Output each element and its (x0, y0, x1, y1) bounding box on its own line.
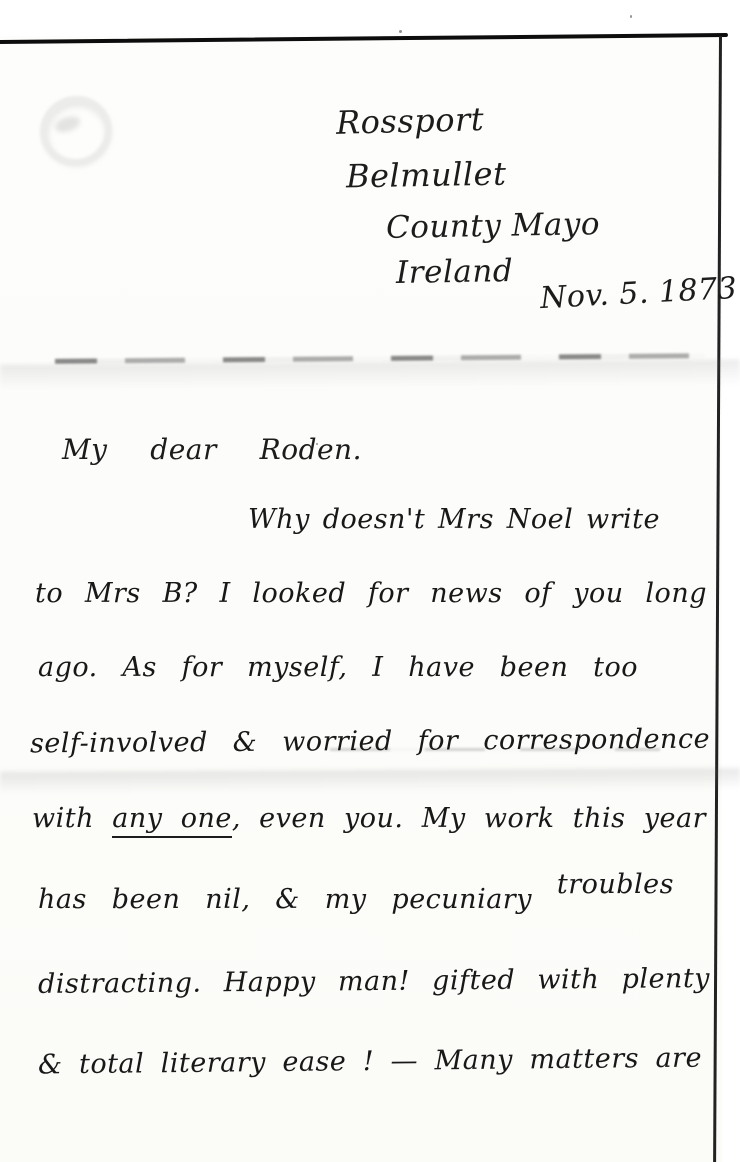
body-line-2: to Mrs B? I looked for news of you long (35, 578, 707, 609)
body-line-5-pre: with (32, 803, 94, 834)
fold-crease-upper-shadow (0, 359, 740, 390)
body-line-7: distracting. Happy man! gifted with plen… (38, 963, 710, 1000)
fold-crease-lower (0, 768, 740, 792)
underlined-phrase: any one (112, 803, 232, 838)
body-line-5-post: , even you. My work this year (232, 803, 706, 834)
body-line-6-pre: has been nil, & my pecuniary (38, 884, 532, 915)
heading-line-county: County Mayo (386, 206, 601, 246)
heading-line-place: Rossport (336, 100, 485, 142)
body-line-5: with any one, even you. My work this yea… (32, 803, 706, 834)
scan-speck (630, 15, 632, 18)
body-line-6: has been nil, & my pecuniary troubles (38, 884, 674, 915)
body-line-6-raised-word: troubles (557, 869, 674, 900)
body-line-1: Why doesn't Mrs Noel write (248, 504, 660, 535)
heading-line-town: Belmullet (346, 155, 507, 196)
body-line-3: ago. As for myself, I have been too (38, 652, 638, 683)
scan-speck (399, 30, 402, 33)
body-line-4: self-involved & worried for corresponden… (30, 724, 710, 760)
salutation-line: My dear Roden. (62, 433, 362, 466)
letter-scan: Rossport Belmullet County Mayo Ireland N… (0, 0, 740, 1162)
heading-line-country: Ireland (396, 253, 514, 291)
